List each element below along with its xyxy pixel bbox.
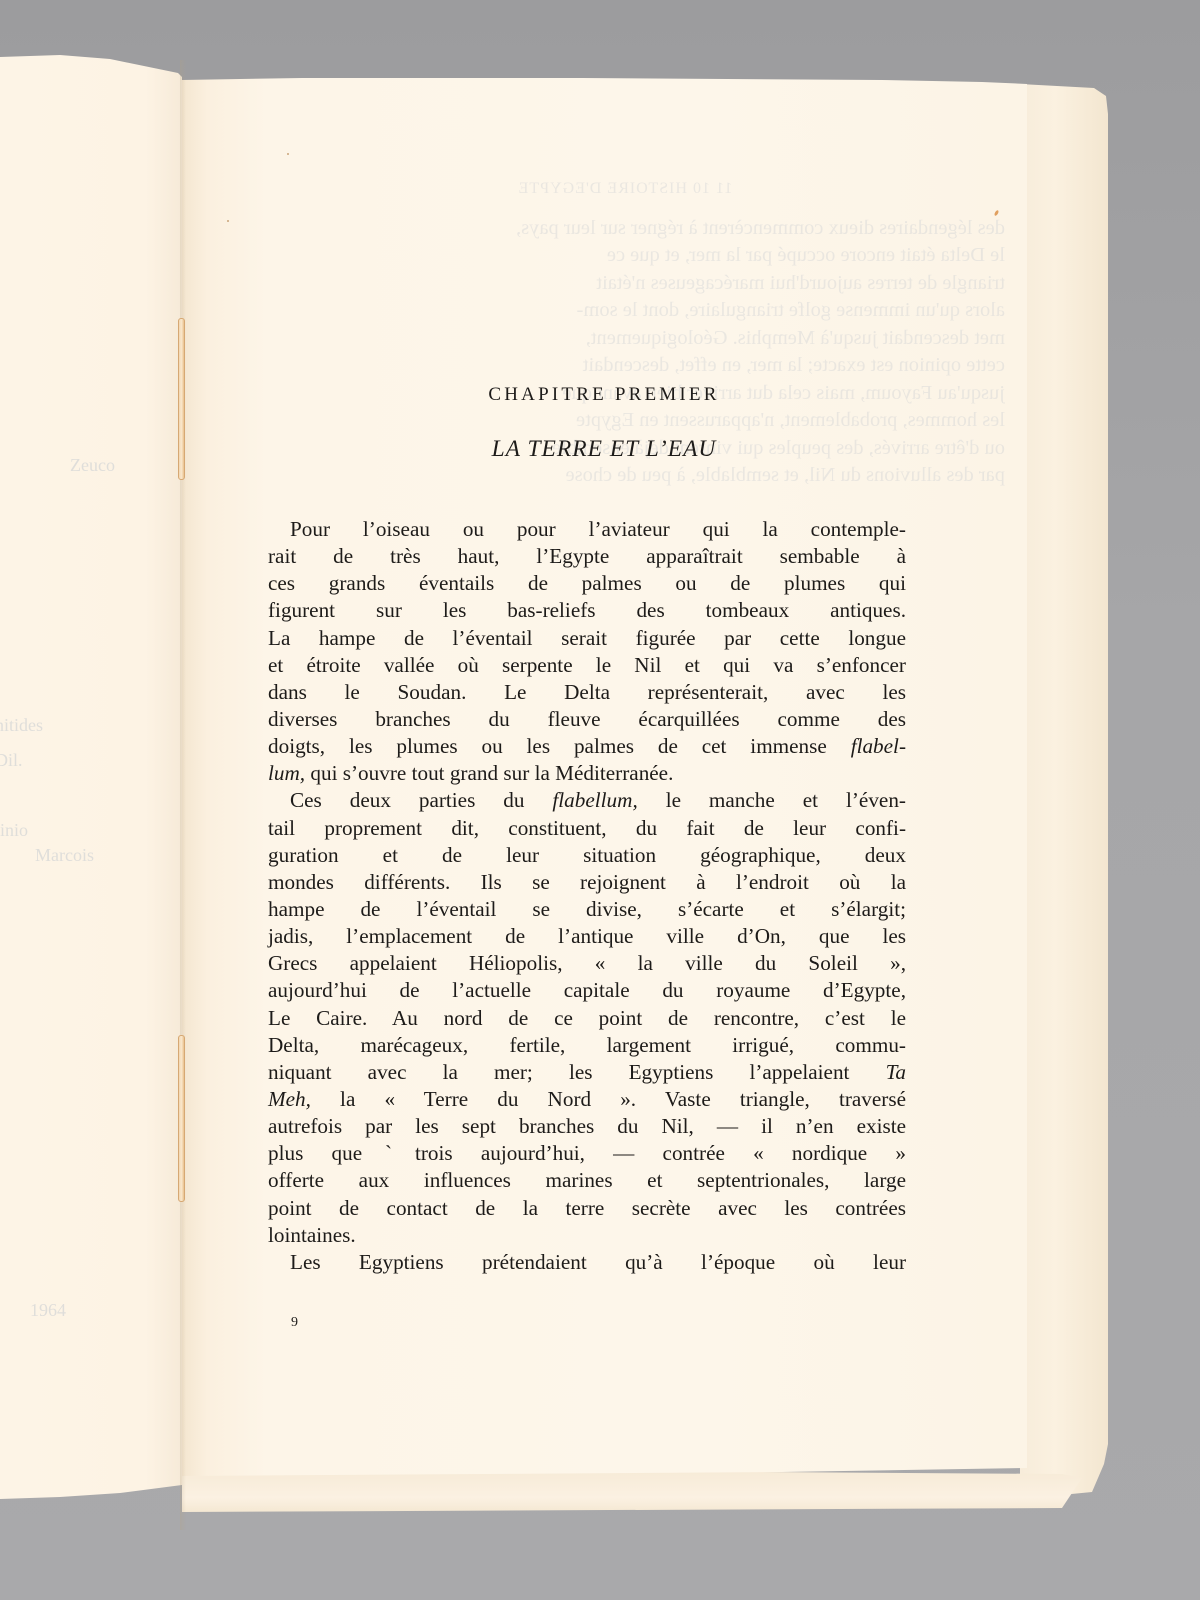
text-line: et étroite vallée où serpente le Nil et … (268, 652, 906, 679)
text-line: Ces deux parties du flabellum, le manche… (268, 787, 906, 814)
verso-line: met descendait jusqu'à Memphis. Géologiq… (245, 325, 1005, 353)
page-number: 9 (291, 1315, 298, 1331)
text-line: Les Egyptiens prétendaient qu’à l’époque… (268, 1249, 906, 1276)
paper-speck (287, 153, 289, 155)
text-segment: qui s’ouvre tout grand sur la Méditerran… (305, 761, 673, 785)
paper-speck (227, 220, 229, 222)
left-page-show-through: hitides (0, 715, 43, 736)
text-line: autrefois par les sept branches du Nil, … (268, 1113, 906, 1140)
text-line: Meh, la « Terre du Nord ». Vaste triangl… (268, 1086, 906, 1113)
verso-line: des légendaires dieux commencèrent à rég… (245, 215, 1005, 243)
verso-line: le Delta était encore occupé par la mer,… (245, 242, 1005, 270)
left-page-show-through: Marcois (35, 845, 94, 866)
text-line: lointaines. (268, 1222, 906, 1249)
binding-thread-bottom (178, 1035, 185, 1202)
verso-running-head: 11 10 HISTOIRE D'EGYPTE (245, 175, 1005, 203)
text-line: Le Caire. Au nord de ce point de rencont… (268, 1005, 906, 1032)
text-line: rait de très haut, l’Egypte apparaîtrait… (268, 543, 906, 570)
text-line: mondes différents. Ils se rejoignent à l… (268, 869, 906, 896)
text-line: jadis, l’emplacement de l’antique ville … (268, 923, 906, 950)
verso-line: cette opinion est exacte; la mer, en eff… (245, 352, 1005, 380)
text-line: lum, qui s’ouvre tout grand sur la Médit… (268, 760, 906, 787)
italic-term: flabel- (851, 734, 906, 758)
page-content: CHAPITRE PREMIER LA TERRE ET L’EAU Pour … (268, 380, 906, 1276)
text-line: tail proprement dit, constituent, du fai… (268, 815, 906, 842)
italic-term: flabellum, (552, 788, 637, 812)
verso-line: alors qu'un immense golfe triangulaire, … (245, 297, 1005, 325)
left-page: Zeuco hitides Dil. tinio Marcois 1964 (0, 55, 182, 1530)
text-line: Delta, marécageux, fertile, largement ir… (268, 1032, 906, 1059)
text-line: point de contact de la terre secrète ave… (268, 1195, 906, 1222)
text-segment: Ces deux parties du (290, 788, 552, 812)
italic-term: Ta (886, 1060, 906, 1084)
text-line: dans le Soudan. Le Delta représenterait,… (268, 679, 906, 706)
left-page-show-through: 1964 (30, 1300, 66, 1321)
italic-term: lum, (268, 761, 305, 785)
left-page-show-through: Dil. (0, 750, 23, 771)
text-segment: niquant avec la mer; les Egyptiens l’app… (268, 1060, 886, 1084)
chapter-label: CHAPITRE PREMIER (302, 380, 906, 410)
text-segment: doigts, les plumes ou les palmes de cet … (268, 734, 851, 758)
text-line: Pour l’oiseau ou pour l’aviateur qui la … (268, 516, 906, 543)
italic-term: Meh, (268, 1087, 311, 1111)
text-line: offerte aux influences marines et septen… (268, 1167, 906, 1194)
binding-thread-top (178, 318, 185, 480)
text-line: doigts, les plumes ou les palmes de cet … (268, 733, 906, 760)
text-line: diverses branches du fleuve écarquillées… (268, 706, 906, 733)
text-line: figurent sur les bas-reliefs des tombeau… (268, 597, 906, 624)
text-segment: la « Terre du Nord ». Vaste triangle, tr… (311, 1087, 906, 1111)
text-line: La hampe de l’éventail serait figurée pa… (268, 625, 906, 652)
text-line: plus queˋtrois aujourd’hui, — contrée « … (268, 1140, 906, 1167)
text-line: aujourd’hui de l’actuelle capitale du ro… (268, 977, 906, 1004)
page-stack-edge (1020, 84, 1110, 1499)
text-segment: le manche et l’éven- (638, 788, 906, 812)
left-page-show-through: Zeuco (70, 455, 115, 476)
left-page-show-through: tinio (0, 820, 28, 841)
text-line: Grecs appelaient Héliopolis, « la ville … (268, 950, 906, 977)
chapter-title: LA TERRE ET L’EAU (302, 432, 906, 466)
text-line: ces grands éventails de palmes ou de plu… (268, 570, 906, 597)
verso-line: triangle de terres aujourd'hui marécageu… (245, 270, 1005, 298)
body-text: Pour l’oiseau ou pour l’aviateur qui la … (268, 516, 906, 1276)
text-line: niquant avec la mer; les Egyptiens l’app… (268, 1059, 906, 1086)
gutter-shadow (180, 60, 186, 1530)
text-line: hampe de l’éventail se divise, s’écarte … (268, 896, 906, 923)
text-line: guration et de leur situation géographiq… (268, 842, 906, 869)
